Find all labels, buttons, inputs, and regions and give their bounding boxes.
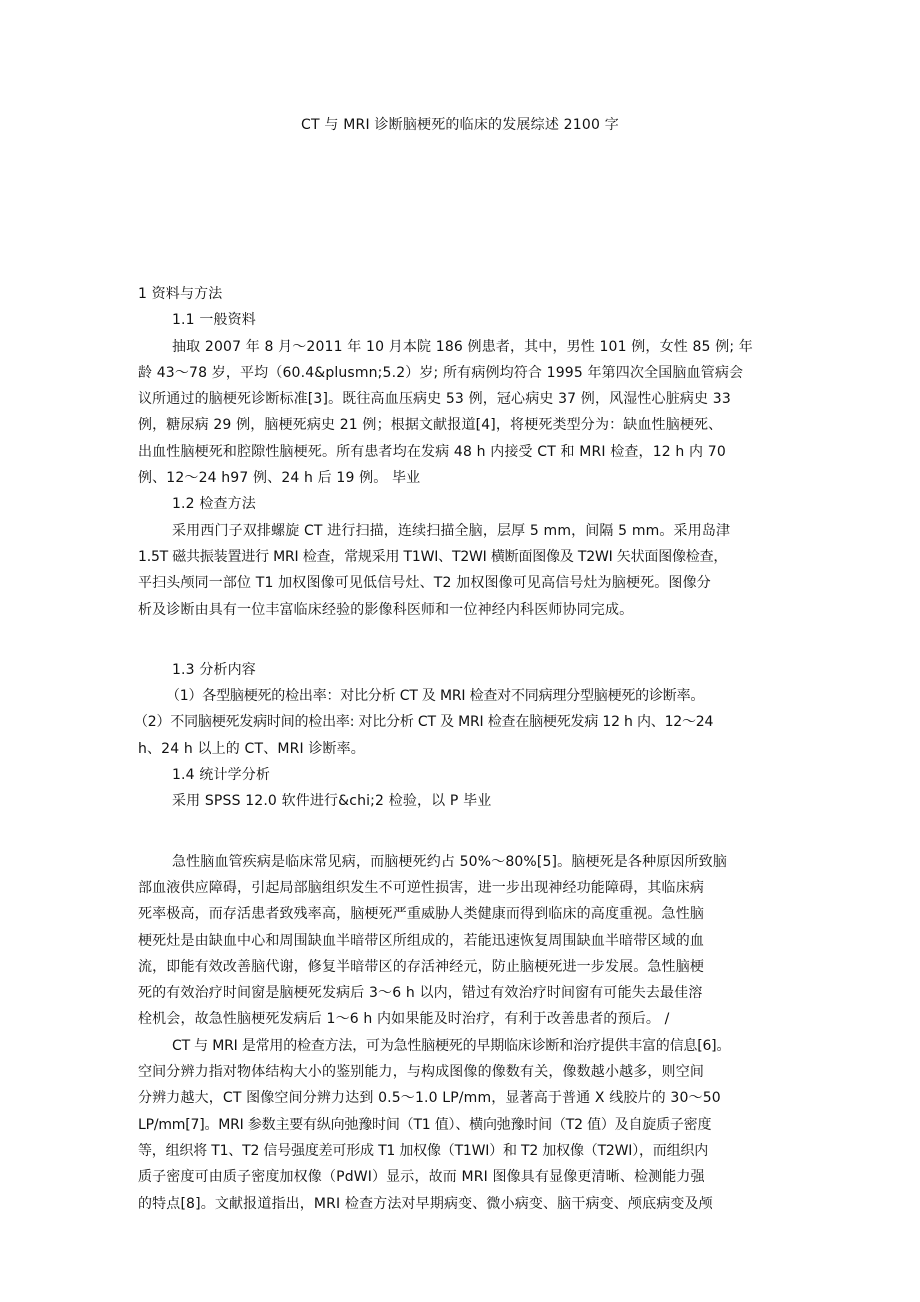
- section-heading-1-1: 1.1 一般资料: [138, 307, 798, 333]
- text-line: 的特点[8]。文献报道指出，MRI 检查方法对早期病变、微小病变、脑干病变、颅底…: [138, 1191, 798, 1217]
- section-heading-1-2: 1.2 检查方法: [138, 491, 798, 517]
- text-line: 1.5T 磁共振装置进行 MRI 检查，常规采用 T1WI、T2WI 横断面图像…: [138, 544, 798, 570]
- spacer: [138, 623, 798, 657]
- text-line: 质子密度可由质子密度加权像（PdWI）显示，故而 MRI 图像具有显像更清晰、检…: [138, 1164, 798, 1190]
- text-line: CT 与 MRI 是常用的检查方法，可为急性脑梗死的早期临床诊断和治疗提供丰富的…: [138, 1033, 798, 1059]
- text-line: 急性脑血管疾病是临床常见病，而脑梗死约占 50%～80%[5]。脑梗死是各种原因…: [138, 849, 798, 875]
- paragraph-exam-methods: 采用西门子双排螺旋 CT 进行扫描，连续扫描全脑，层厚 5 mm，间隔 5 mm…: [138, 518, 798, 623]
- text-line: （2）不同脑梗死发病时间的检出率: 对比分析 CT 及 MRI 检查在脑梗死发病…: [134, 709, 798, 735]
- document-page: CT 与 MRI 诊断脑梗死的临床的发展综述 2100 字 1 资料与方法 1.…: [0, 0, 920, 1302]
- text-line: 例、12～24 h97 例、24 h 后 19 例。 毕业: [138, 465, 798, 491]
- paragraph-introduction: 急性脑血管疾病是临床常见病，而脑梗死约占 50%～80%[5]。脑梗死是各种原因…: [138, 849, 798, 1033]
- section-heading-1: 1 资料与方法: [138, 281, 798, 307]
- text-line: 采用西门子双排螺旋 CT 进行扫描，连续扫描全脑，层厚 5 mm，间隔 5 mm…: [138, 518, 798, 544]
- text-line: 议所通过的脑梗死诊断标准[3]。既往高血压病史 53 例，冠心病史 37 例，风…: [138, 386, 798, 412]
- text-line: 抽取 2007 年 8 月～2011 年 10 月本院 186 例患者，其中，男…: [138, 334, 798, 360]
- text-line: 死的有效治疗时间窗是脑梗死发病后 3～6 h 以内，错过有效治疗时间窗有可能失去…: [138, 980, 798, 1006]
- text-line: h、24 h 以上的 CT、MRI 诊断率。: [138, 736, 798, 762]
- text-line: 龄 43～78 岁，平均（60.4&plusmn;5.2）岁; 所有病例均符合 …: [138, 360, 798, 386]
- text-line: 空间分辨力指对物体结构大小的鉴别能力，与构成图像的像数有关，像数越小越多，则空间: [138, 1059, 798, 1085]
- text-line: 栓机会，故急性脑梗死发病后 1～6 h 内如果能及时治疗，有利于改善患者的预后。…: [138, 1006, 798, 1032]
- paragraph-statistics: 采用 SPSS 12.0 软件进行&chi;2 检验，以 P 毕业: [138, 788, 798, 814]
- text-line: 梗死灶是由缺血中心和周围缺血半暗带区所组成的，若能迅速恢复周围缺血半暗带区域的血: [138, 928, 798, 954]
- text-line: 分辨力越大，CT 图像空间分辨力达到 0.5～1.0 LP/mm，显著高于普通 …: [138, 1085, 798, 1111]
- text-line: 流，即能有效改善脑代谢，修复半暗带区的存活神经元，防止脑梗死进一步发展。急性脑梗: [138, 954, 798, 980]
- text-line: （1）各型脑梗死的检出率：对比分析 CT 及 MRI 检查对不同病理分型脑梗死的…: [138, 683, 798, 709]
- document-title: CT 与 MRI 诊断脑梗死的临床的发展综述 2100 字: [0, 114, 920, 136]
- paragraph-ct-mri: CT 与 MRI 是常用的检查方法，可为急性脑梗死的早期临床诊断和治疗提供丰富的…: [138, 1033, 798, 1217]
- text-line: 部血液供应障碍，引起局部脑组织发生不可逆性损害，进一步出现神经功能障碍，其临床病: [138, 875, 798, 901]
- text-line: 采用 SPSS 12.0 软件进行&chi;2 检验，以 P 毕业: [138, 788, 798, 814]
- document-body: 1 资料与方法 1.1 一般资料 抽取 2007 年 8 月～2011 年 10…: [138, 281, 798, 1217]
- text-line: 析及诊断由具有一位丰富临床经验的影像科医师和一位神经内科医师协同完成。: [138, 597, 798, 623]
- text-line: 出血性脑梗死和腔隙性脑梗死。所有患者均在发病 48 h 内接受 CT 和 MRI…: [138, 439, 798, 465]
- paragraph-analysis-content: （1）各型脑梗死的检出率：对比分析 CT 及 MRI 检查对不同病理分型脑梗死的…: [138, 683, 798, 762]
- text-line: LP/mm[7]。MRI 参数主要有纵向弛豫时间（T1 值）、横向弛豫时间（T2…: [138, 1112, 798, 1138]
- section-heading-1-4: 1.4 统计学分析: [138, 762, 798, 788]
- text-line: 死率极高，而存活患者致残率高，脑梗死严重威胁人类健康而得到临床的高度重视。急性脑: [138, 901, 798, 927]
- paragraph-general-data: 抽取 2007 年 8 月～2011 年 10 月本院 186 例患者，其中，男…: [138, 334, 798, 492]
- text-line: 等，组织将 T1、T2 信号强度差可形成 T1 加权像（T1WI）和 T2 加权…: [138, 1138, 798, 1164]
- spacer: [138, 815, 798, 849]
- section-heading-1-3: 1.3 分析内容: [138, 657, 798, 683]
- text-line: 例，糖尿病 29 例，脑梗死病史 21 例；根据文献报道[4]，将梗死类型分为：…: [138, 412, 798, 438]
- text-line: 平扫头颅同一部位 T1 加权图像可见低信号灶、T2 加权图像可见高信号灶为脑梗死…: [138, 570, 798, 596]
